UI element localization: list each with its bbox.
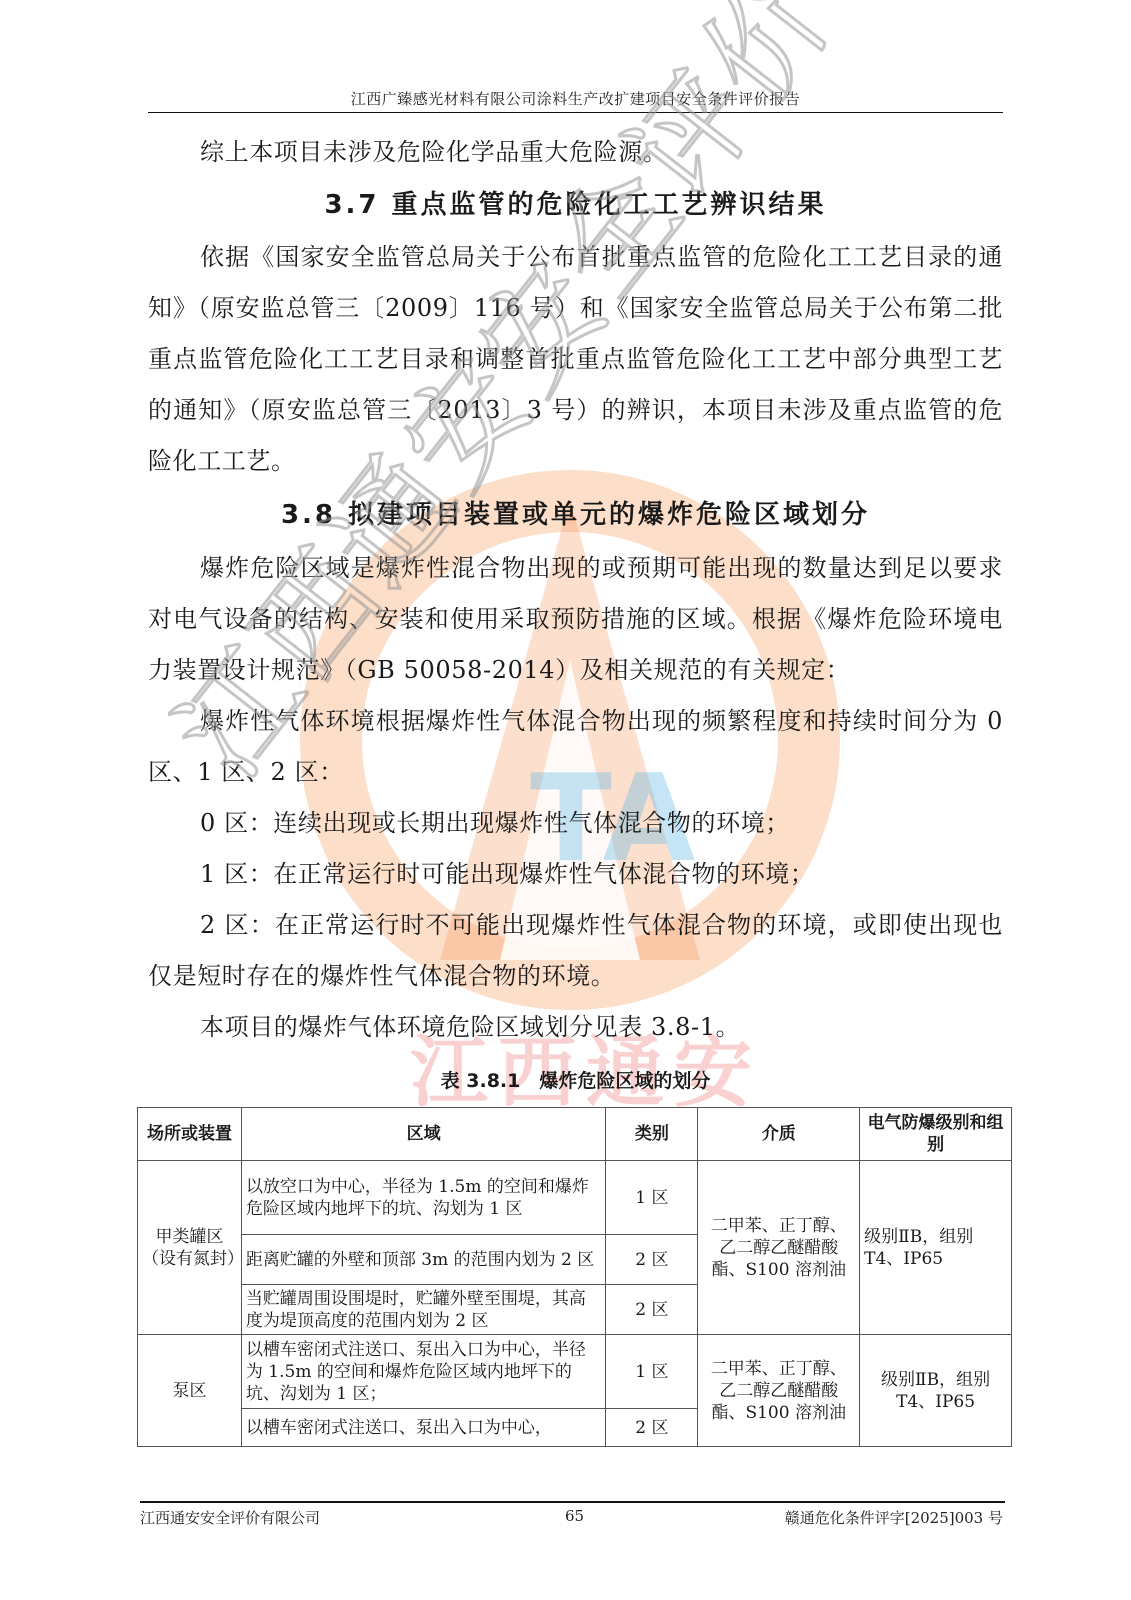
section-3-8-para2: 爆炸性气体环境根据爆炸性气体混合物出现的频繁程度和持续时间分为 0 区、1 区、… xyxy=(148,696,1003,798)
zone-2-definition: 2 区：在正常运行时不可能出现爆炸性气体混合物的环境，或即使出现也仅是短时存在的… xyxy=(148,900,1003,1002)
zone-0-definition: 0 区：连续出现或长期出现爆炸性气体混合物的环境； xyxy=(148,798,1003,849)
medium-cell: 二甲苯、正丁醇、乙二醇乙醚醋酸酯、S100 溶剂油 xyxy=(698,1335,860,1447)
section-3-7-title: 3.7 重点监管的危险化工工艺辨识结果 xyxy=(148,184,1003,221)
footer-company: 江西通安安全评价有限公司 xyxy=(140,1507,320,1528)
category-cell: 2 区 xyxy=(606,1285,698,1335)
category-cell: 2 区 xyxy=(606,1235,698,1285)
col-header-rating: 电气防爆级别和组别 xyxy=(860,1108,1012,1161)
table-reference: 本项目的爆炸气体环境危险区域划分见表 3.8-1。 xyxy=(148,1002,1003,1053)
col-header-place: 场所或装置 xyxy=(138,1108,242,1161)
section-3-8-para1: 爆炸危险区域是爆炸性混合物出现的或预期可能出现的数量达到足以要求对电气设备的结构… xyxy=(148,543,1003,696)
col-header-medium: 介质 xyxy=(698,1108,860,1161)
intro-line: 综上本项目未涉及危险化学品重大危险源。 xyxy=(148,127,1003,178)
hazard-zone-table: 场所或装置 区域 类别 介质 电气防爆级别和组别 甲类罐区（设有氮封） 以放空口… xyxy=(137,1107,1012,1447)
medium-cell: 二甲苯、正丁醇、乙二醇乙醚醋酸酯、S100 溶剂油 xyxy=(698,1161,860,1335)
zone-1-definition: 1 区：在正常运行时可能出现爆炸性气体混合物的环境； xyxy=(148,849,1003,900)
page-number: 65 xyxy=(565,1507,584,1525)
document-number: 赣通危化条件评字[2025]003 号 xyxy=(785,1507,1003,1528)
section-3-8-title: 3.8 拟建项目装置或单元的爆炸危险区域划分 xyxy=(148,494,1003,531)
footer-rule xyxy=(140,1501,1005,1503)
table-row: 甲类罐区（设有氮封） 以放空口为中心，半径为 1.5m 的空间和爆炸危险区域内地… xyxy=(138,1161,1012,1235)
area-cell: 距离贮罐的外壁和顶部 3m 的范围内划为 2 区 xyxy=(241,1235,606,1285)
col-header-area: 区域 xyxy=(241,1108,606,1161)
category-cell: 1 区 xyxy=(606,1161,698,1235)
area-cell: 当贮罐周围设围堤时，贮罐外壁至围堤，其高度为堤顶高度的范围内划为 2 区 xyxy=(241,1285,606,1335)
col-header-category: 类别 xyxy=(606,1108,698,1161)
category-cell: 1 区 xyxy=(606,1335,698,1409)
section-3-7-paragraph: 依据《国家安全监管总局关于公布首批重点监管的危险化工工艺目录的通知》（原安监总管… xyxy=(148,232,1003,487)
table-row: 泵区 以槽车密闭式注送口、泵出入口为中心，半径为 1.5m 的空间和爆炸危险区域… xyxy=(138,1335,1012,1409)
header-rule xyxy=(148,112,1003,113)
area-cell: 以放空口为中心，半径为 1.5m 的空间和爆炸危险区域内地坪下的坑、沟划为 1 … xyxy=(241,1161,606,1235)
area-cell: 以槽车密闭式注送口、泵出入口为中心，半径为 1.5m 的空间和爆炸危险区域内地坪… xyxy=(241,1335,606,1409)
area-cell: 以槽车密闭式注送口、泵出入口为中心， xyxy=(241,1409,606,1447)
place-cell: 甲类罐区（设有氮封） xyxy=(138,1161,242,1335)
table-caption: 表 3.8.1 爆炸危险区域的划分 xyxy=(148,1066,1003,1093)
category-cell: 2 区 xyxy=(606,1409,698,1447)
rating-cell: 级别ⅡB，组别 T4、IP65 xyxy=(860,1161,1012,1335)
running-header: 江西广臻感光材料有限公司涂料生产改扩建项目安全条件评价报告 xyxy=(148,88,1003,109)
rating-cell: 级别ⅡB，组别 T4、IP65 xyxy=(860,1335,1012,1447)
table-header-row: 场所或装置 区域 类别 介质 电气防爆级别和组别 xyxy=(138,1108,1012,1161)
place-cell: 泵区 xyxy=(138,1335,242,1447)
